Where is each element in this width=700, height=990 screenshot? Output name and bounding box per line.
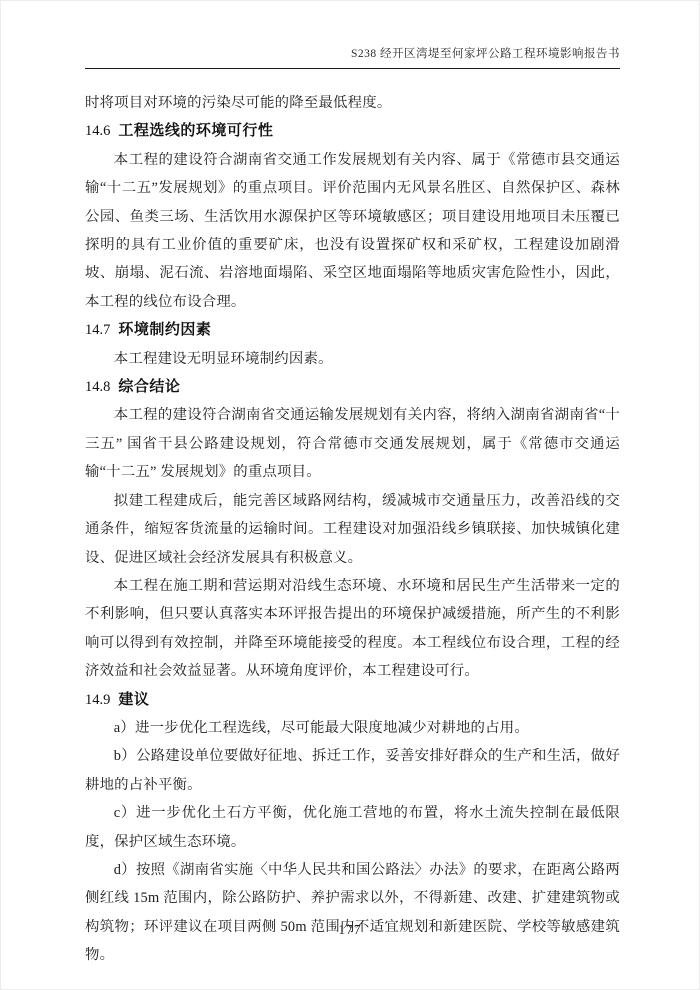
page-number: 177	[0, 922, 700, 938]
section-number: 14.9	[85, 692, 110, 708]
section-number: 14.6	[85, 123, 110, 139]
section-paragraph: 拟建工程建成后，能完善区域路网结构，缓减城市交通量压力，改善沿线的交通条件，缩短…	[85, 487, 620, 572]
recommendation-item-c: c）进一步优化土石方平衡，优化施工营地的布置，将水土流失控制在最低限度，保护区域…	[85, 799, 620, 856]
document-body: 时将项目对环境的污染尽可能的降至最低程度。 14.6工程选线的环境可行性 本工程…	[85, 89, 620, 970]
section-number: 14.8	[85, 379, 110, 395]
section-paragraph: 本工程的建设符合湖南省交通工作发展规划有关内容、属于《常德市县交通运输“十二五”…	[85, 146, 620, 316]
continuation-paragraph: 时将项目对环境的污染尽可能的降至最低程度。	[85, 89, 620, 117]
section-heading-14-9: 14.9建议	[85, 686, 620, 714]
section-heading-14-7: 14.7环境制约因素	[85, 316, 620, 344]
section-number: 14.7	[85, 322, 110, 338]
recommendation-item-b: b）公路建设单位要做好征地、拆迁工作，妥善安排好群众的生产和生活，做好耕地的占补…	[85, 742, 620, 799]
header-title: S238 经开区湾堤至何家坪公路工程环境影响报告书	[351, 48, 620, 60]
section-paragraph: 本工程的建设符合湖南省交通运输发展规划有关内容，将纳入湖南省湖南省“十三五” 国…	[85, 401, 620, 486]
section-title: 综合结论	[118, 378, 180, 395]
page-header: S238 经开区湾堤至何家坪公路工程环境影响报告书	[85, 45, 620, 69]
section-paragraph: 本工程在施工期和营运期对沿线生态环境、水环境和居民生产生活带来一定的不利影响，但…	[85, 572, 620, 686]
recommendation-item-d: d）按照《湖南省实施〈中华人民共和国公路法〉办法》的要求，在距离公路两侧红线 1…	[85, 856, 620, 970]
section-heading-14-6: 14.6工程选线的环境可行性	[85, 117, 620, 145]
section-paragraph: 本工程建设无明显环境制约因素。	[85, 345, 620, 373]
section-title: 工程选线的环境可行性	[118, 122, 273, 139]
document-page: S238 经开区湾堤至何家坪公路工程环境影响报告书 时将项目对环境的污染尽可能的…	[0, 0, 700, 990]
section-title: 环境制约因素	[118, 321, 211, 338]
recommendation-item-a: a）进一步优化工程选线，尽可能最大限度地减少对耕地的占用。	[85, 714, 620, 742]
section-title: 建议	[118, 691, 149, 708]
section-heading-14-8: 14.8综合结论	[85, 373, 620, 401]
